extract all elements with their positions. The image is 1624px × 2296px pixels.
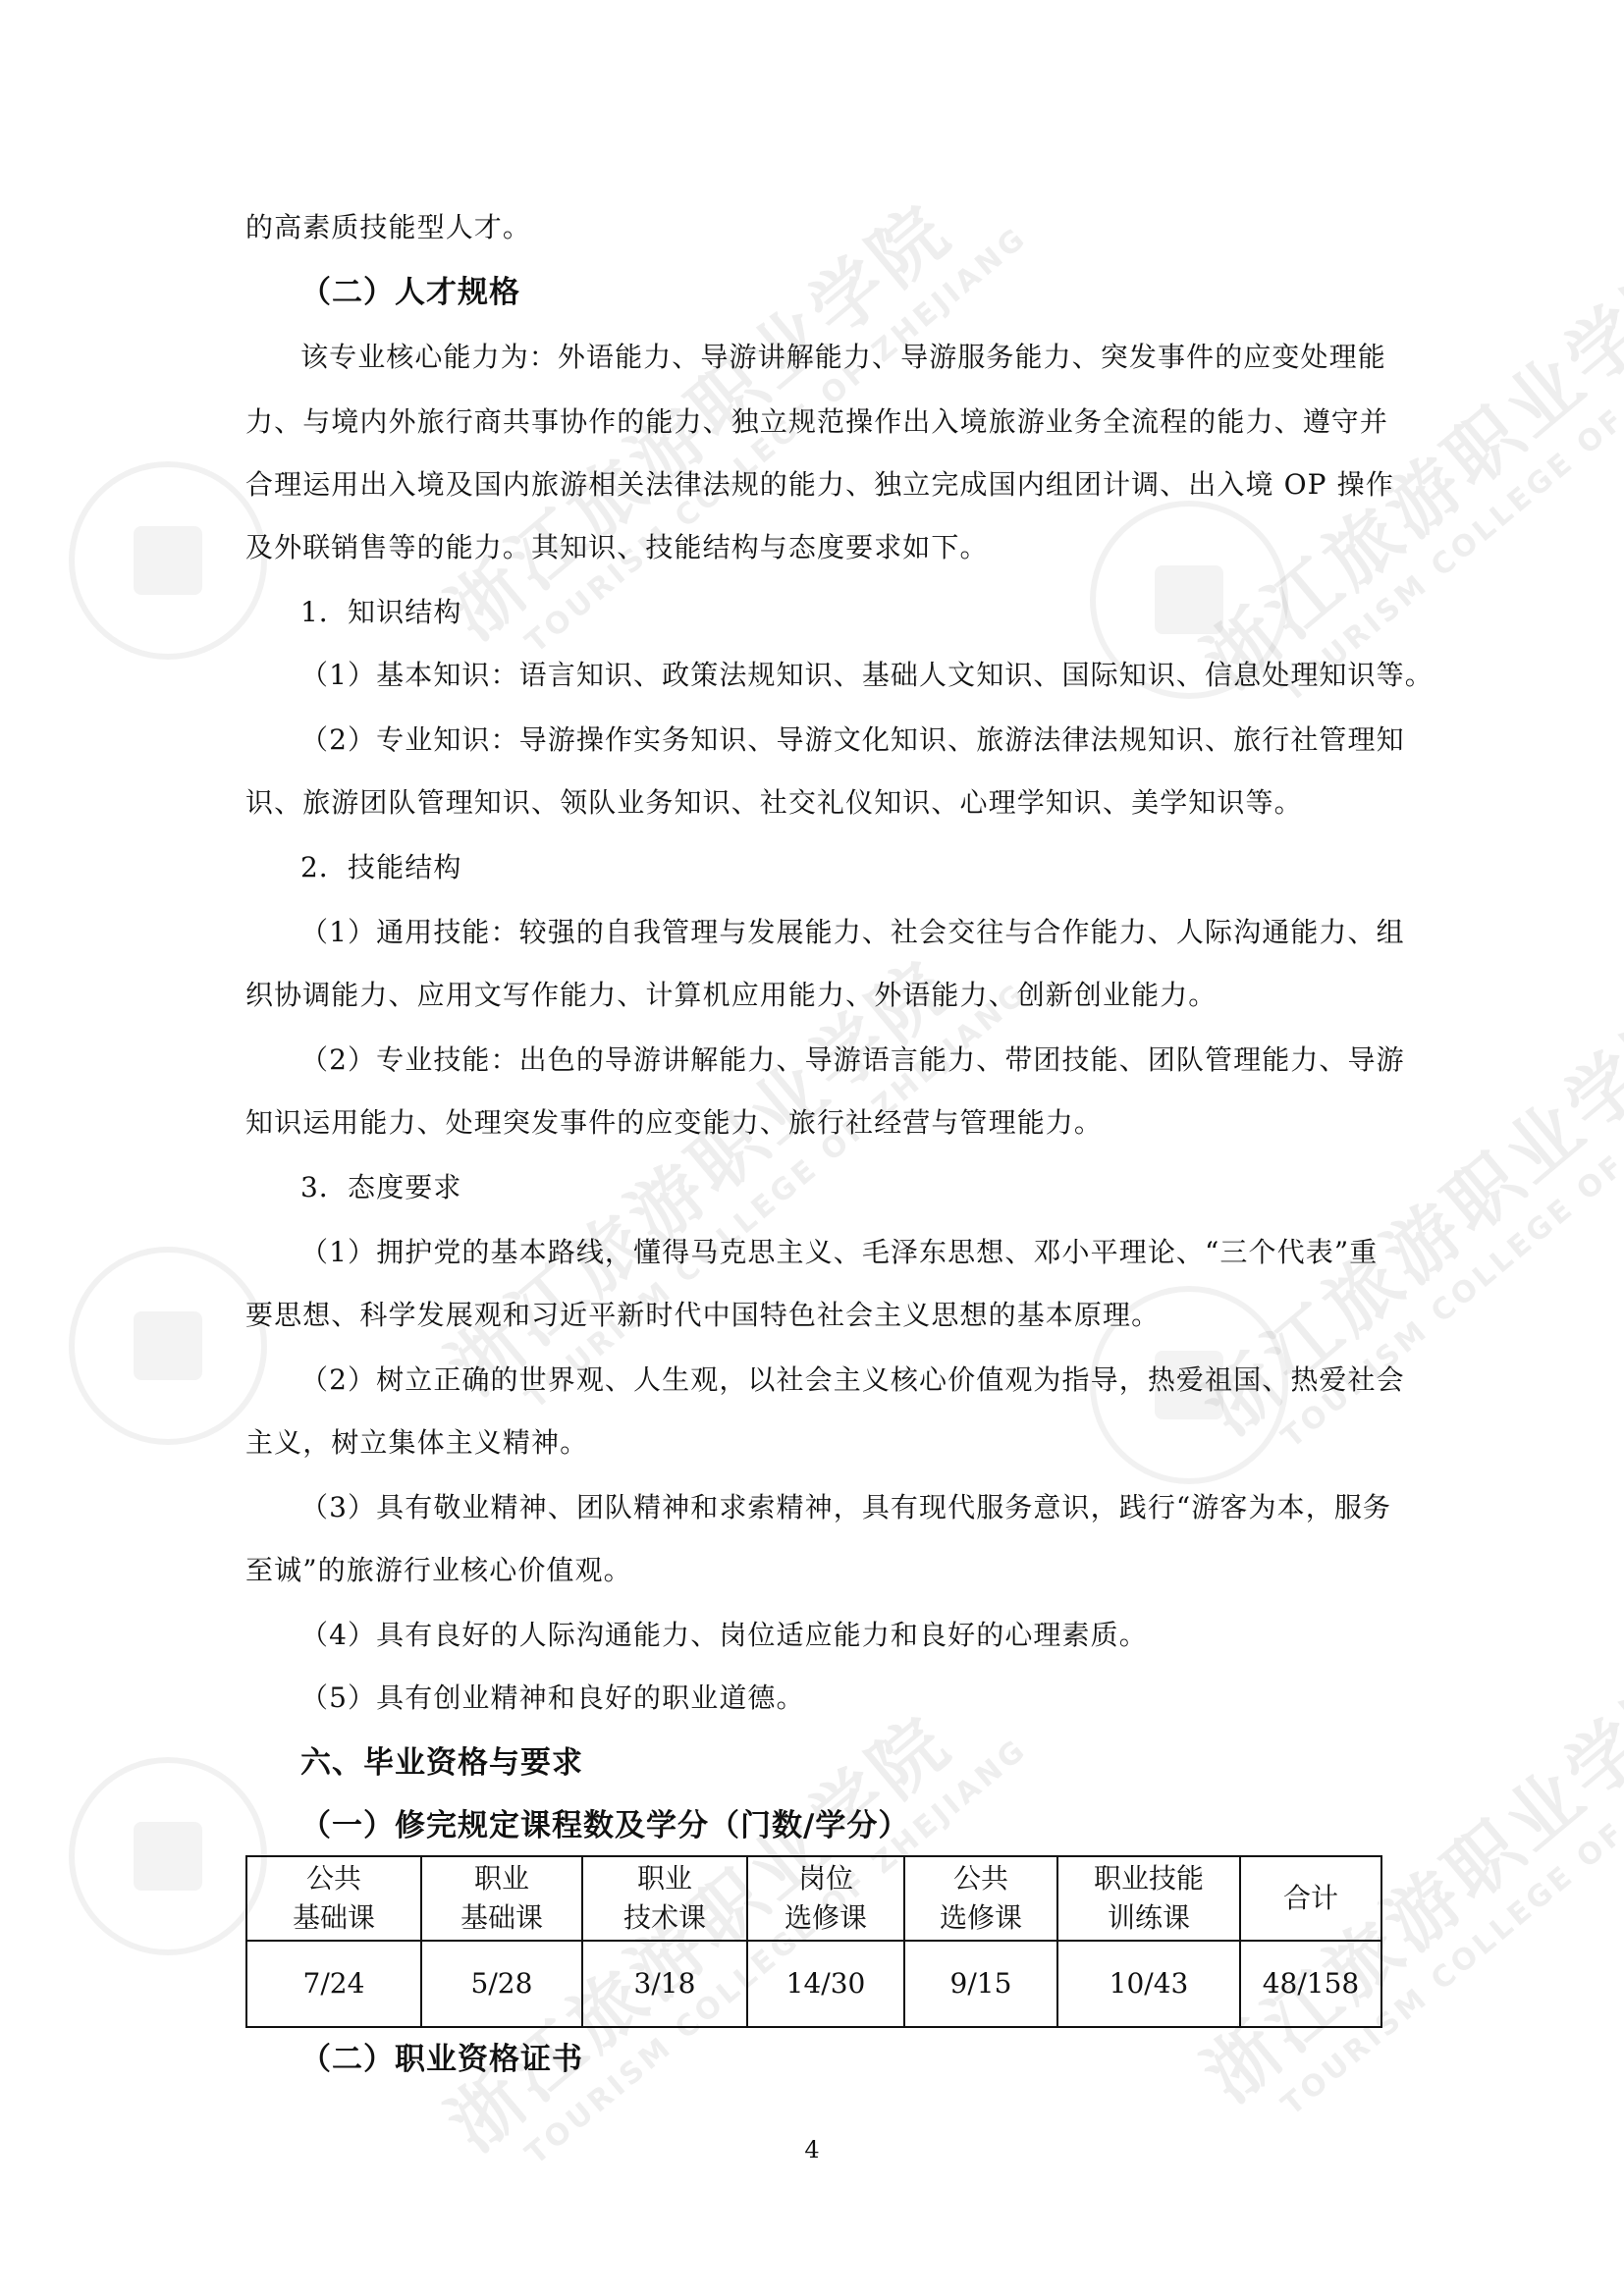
list-item-continuation: 知识运用能力、处理突发事件的应变能力、旅行社经营与管理能力。 [245, 1103, 1103, 1143]
section-heading-talent-spec: （二）人才规格 [300, 273, 520, 312]
paragraph-line: 及外联销售等的能力。其知识、技能结构与态度要求如下。 [245, 528, 989, 567]
table-cell: 3/18 [582, 1941, 747, 2027]
list-item-continuation: 至诚”的旅游行业核心价值观。 [245, 1551, 632, 1590]
table-header-cell: 职业技能训练课 [1057, 1856, 1240, 1941]
subheading-certificates: （二）职业资格证书 [300, 2040, 583, 2079]
table-header-cell: 合计 [1240, 1856, 1381, 1941]
subheading-credits: （一）修完规定课程数及学分（门数/学分） [300, 1806, 909, 1845]
list-item: （2）专业知识：导游操作实务知识、导游文化知识、旅游法律法规知识、旅行社管理知 [300, 721, 1405, 760]
paragraph-line: 合理运用出入境及国内旅游相关法律法规的能力、独立完成国内组团计调、出入境 OP … [245, 465, 1394, 505]
table-cell: 10/43 [1057, 1941, 1240, 2027]
subheading-attitude: 3．态度要求 [300, 1168, 461, 1207]
list-item: （2）专业技能：出色的导游讲解能力、导游语言能力、带团技能、团队管理能力、导游 [300, 1041, 1405, 1080]
subheading-skills: 2．技能结构 [300, 848, 461, 887]
paragraph-line: 该专业核心能力为：外语能力、导游讲解能力、导游服务能力、突发事件的应变处理能 [300, 338, 1386, 377]
list-item: （1）拥护党的基本路线，懂得马克思主义、毛泽东思想、邓小平理论、“三个代表”重 [300, 1233, 1378, 1272]
list-item: （5）具有创业精神和良好的职业道德。 [300, 1679, 805, 1718]
list-item-continuation: 要思想、科学发展观和习近平新时代中国特色社会主义思想的基本原理。 [245, 1296, 1160, 1335]
list-item-continuation: 识、旅游团队管理知识、领队业务知识、社交礼仪知识、心理学知识、美学知识等。 [245, 783, 1303, 823]
table-row: 7/24 5/28 3/18 14/30 9/15 10/43 48/158 [246, 1941, 1381, 2027]
page-number: 4 [0, 2136, 1624, 2163]
watermark-text: 浙江旅游职业学院TOURISM COLLEGE OF ZHEJIANG [1178, 189, 1624, 734]
table-header-row: 公共基础课 职业基础课 职业技术课 岗位选修课 公共选修课 职业技能训练课 合计 [246, 1856, 1381, 1941]
table-cell: 9/15 [904, 1941, 1057, 2027]
table-header-cell: 公共基础课 [246, 1856, 421, 1941]
list-item-continuation: 织协调能力、应用文写作能力、计算机应用能力、外语能力、创新创业能力。 [245, 976, 1217, 1015]
paragraph-line: 力、与境内外旅行商共事协作的能力、独立规范操作出入境旅游业务全流程的能力、遵守并 [245, 402, 1388, 442]
list-item: （2）树立正确的世界观、人生观，以社会主义核心价值观为指导，热爱祖国、热爱社会 [300, 1361, 1405, 1400]
watermark-seal [69, 461, 267, 660]
subheading-knowledge: 1．知识结构 [300, 593, 461, 632]
table-header-cell: 岗位选修课 [747, 1856, 904, 1941]
table-header-cell: 职业技术课 [582, 1856, 747, 1941]
list-item-continuation: 主义，树立集体主义精神。 [245, 1423, 588, 1463]
watermark-seal [69, 1757, 267, 1955]
list-item: （1）基本知识：语言知识、政策法规知识、基础人文知识、国际知识、信息处理知识等。 [300, 656, 1434, 695]
table-cell: 14/30 [747, 1941, 904, 2027]
table-header-cell: 职业基础课 [421, 1856, 582, 1941]
paragraph-line: 的高素质技能型人才。 [245, 208, 531, 247]
table-cell: 5/28 [421, 1941, 582, 2027]
credits-table: 公共基础课 职业基础课 职业技术课 岗位选修课 公共选修课 职业技能训练课 合计… [245, 1855, 1382, 2028]
table-header-cell: 公共选修课 [904, 1856, 1057, 1941]
table-cell: 7/24 [246, 1941, 421, 2027]
section-heading-graduation: 六、毕业资格与要求 [300, 1743, 583, 1783]
list-item: （3）具有敬业精神、团队精神和求索精神，具有现代服务意识，践行“游客为本，服务 [300, 1488, 1391, 1527]
table-cell: 48/158 [1240, 1941, 1381, 2027]
watermark-seal [69, 1247, 267, 1445]
list-item: （1）通用技能：较强的自我管理与发展能力、社会交往与合作能力、人际沟通能力、组 [300, 913, 1405, 952]
list-item: （4）具有良好的人际沟通能力、岗位适应能力和良好的心理素质。 [300, 1616, 1148, 1655]
